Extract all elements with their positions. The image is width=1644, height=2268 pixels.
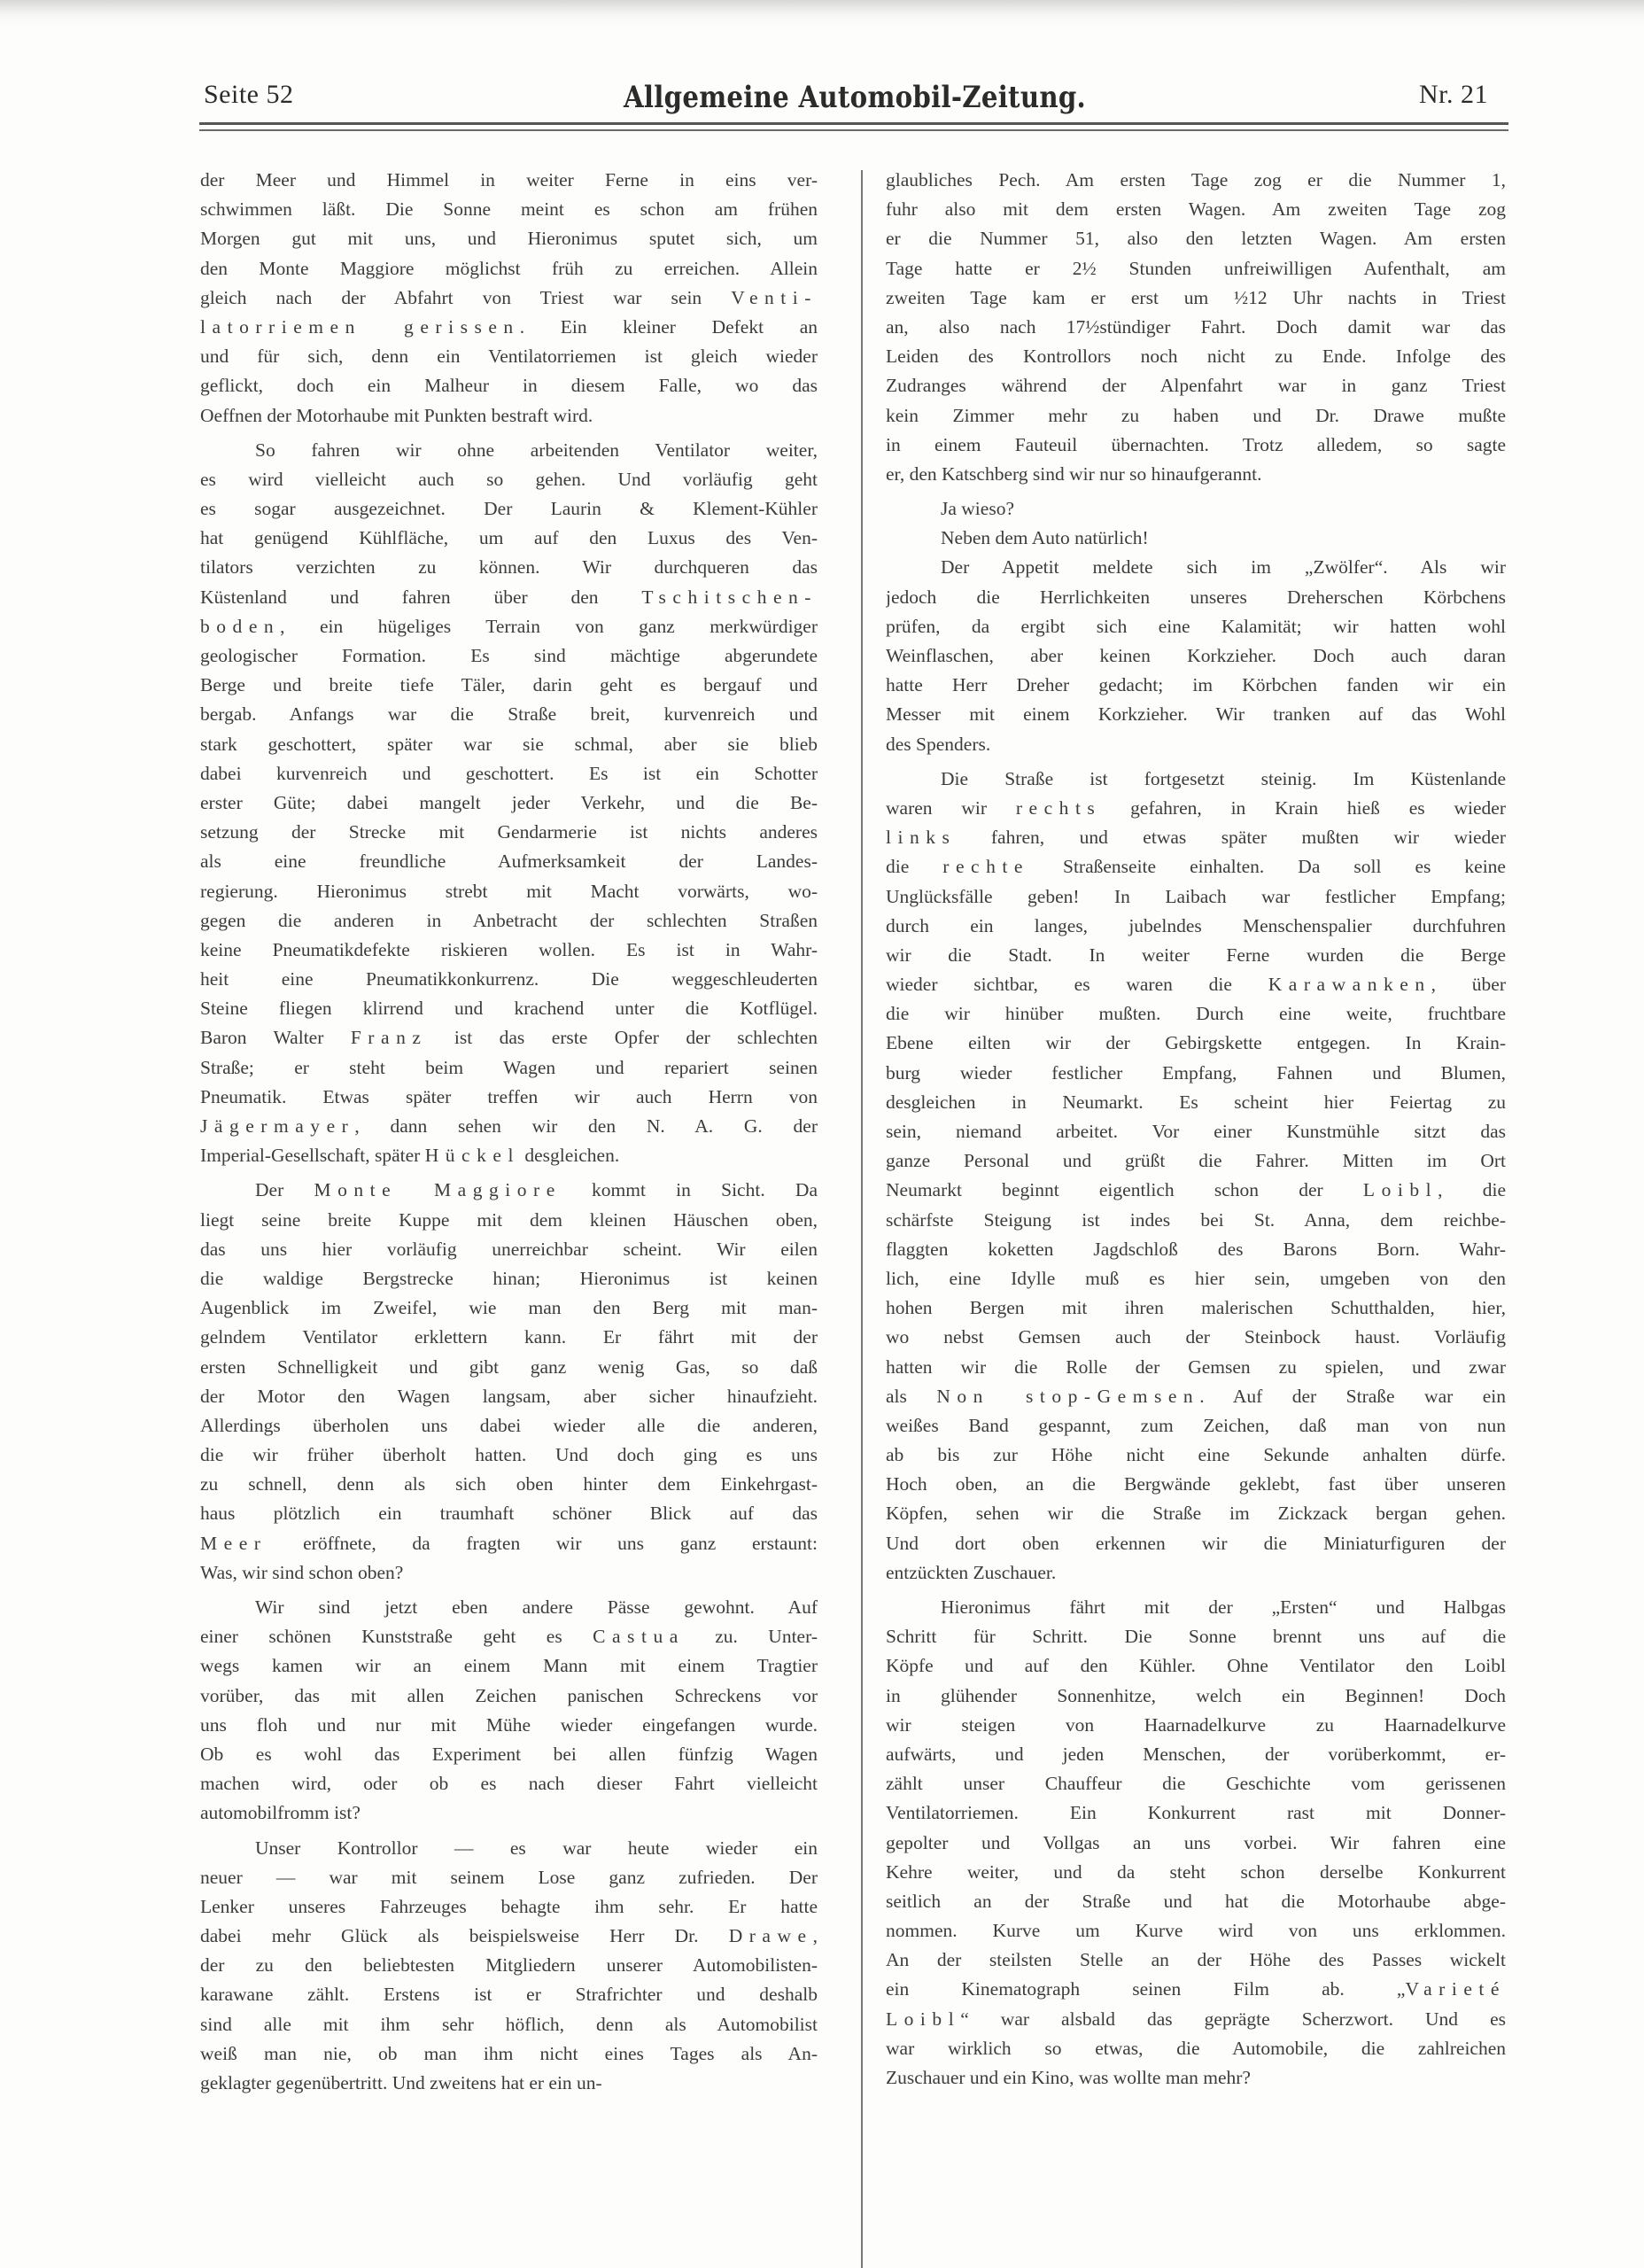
text-line: Ventilatorriemen. Ein Konkurrent rast mi… [886, 1798, 1506, 1828]
text-line: waren wir rechts gefahren, in Krain hieß… [886, 794, 1506, 823]
text-line: liegt seine breite Kuppe mit dem kleinen… [200, 1206, 818, 1235]
text-line: Neben dem Auto natürlich! [886, 524, 1506, 553]
text-line: machen wird, oder ob es nach dieser Fahr… [200, 1769, 818, 1798]
emphasized-text: Tschitschen- [641, 586, 818, 608]
text-line: ab bis zur Höhe nicht eine Sekunde anhal… [886, 1441, 1506, 1470]
text-line: dabei mehr Glück als beispielsweise Herr… [200, 1922, 818, 1951]
text-line: Köpfen, sehen wir die Straße im Zickzack… [886, 1499, 1506, 1528]
text-line: vorüber, das mit allen Zeichen panischen… [200, 1682, 818, 1711]
text-line: Köpfe und auf den Kühler. Ohne Ventilato… [886, 1651, 1506, 1681]
text-line: haus plötzlich ein traumhaft schöner Bli… [200, 1499, 818, 1528]
text-line: es wird vielleicht auch so gehen. Und vo… [200, 465, 818, 494]
text-line: war wirklich so etwas, die Automobile, d… [886, 2034, 1506, 2063]
text-line: geklagter gegenübertritt. Und zweitens h… [200, 2069, 818, 2098]
text-line: Unser Kontrollor — es war heute wieder e… [200, 1834, 818, 1863]
text-line: boden, ein hügeliges Terrain von ganz me… [200, 612, 818, 641]
paragraph: Der Monte Maggiore kommt in Sicht. Dalie… [200, 1176, 818, 1588]
text-line: So fahren wir ohne arbeitenden Ventilato… [200, 436, 818, 465]
text-line: desgleichen in Neumarkt. Es scheint hier… [886, 1088, 1506, 1117]
publication-title: Allgemeine Automobil-Zeitung. [295, 80, 1415, 115]
text-line: Ob es wohl das Experiment bei allen fünf… [200, 1740, 818, 1769]
text-line: Loibl“ war alsbald das geprägte Scherzwo… [886, 2005, 1506, 2034]
text-line: er die Nummer 51, also den letzten Wagen… [886, 224, 1506, 253]
text-line: an, also nach 17½stündiger Fahrt. Doch d… [886, 313, 1506, 342]
text-line: Leiden des Kontrollors noch nicht zu End… [886, 342, 1506, 371]
text-line: links fahren, und etwas später mußten wi… [886, 823, 1506, 852]
text-line: An der steilsten Stelle an der Höhe des … [886, 1946, 1506, 1975]
paragraph: Ja wieso? [886, 494, 1506, 524]
text-line: wir steigen von Haarnadelkurve zu Haarna… [886, 1711, 1506, 1740]
text-line: Lenker unseres Fahrzeuges behagte ihm se… [200, 1892, 818, 1922]
text-line: flaggten koketten Jagdschloß des Barons … [886, 1235, 1506, 1264]
emphasized-text: rechts [1016, 797, 1102, 819]
text-line: ersten Schnelligkeit und gibt ganz wenig… [200, 1353, 818, 1382]
text-line: Steine fliegen klirrend und krachend unt… [200, 994, 818, 1023]
text-line: ganze Personal und grüßt die Fahrer. Mit… [886, 1146, 1506, 1176]
emphasized-text: rechte [942, 856, 1029, 877]
paragraph: glaubliches Pech. Am ersten Tage zog er … [886, 166, 1506, 489]
text-line: Baron Walter Franz ist das erste Opfer d… [200, 1023, 818, 1052]
emphasized-text: Hückel [425, 1145, 520, 1166]
paragraph: Unser Kontrollor — es war heute wieder e… [200, 1834, 818, 2099]
text-line: wegs kamen wir an einem Mann mit einem T… [200, 1651, 818, 1681]
text-line: aufwärts, und jeden Menschen, der vorübe… [886, 1740, 1506, 1769]
text-line: der Meer und Himmel in weiter Ferne in e… [200, 166, 818, 195]
text-line: Kehre weiter, und da steht schon derselb… [886, 1858, 1506, 1887]
text-line: des Spenders. [886, 730, 1506, 759]
paragraph: der Meer und Himmel in weiter Ferne in e… [200, 166, 818, 431]
text-line: schwimmen läßt. Die Sonne meint es schon… [200, 195, 818, 224]
text-line: fuhr also mit dem ersten Wagen. Am zweit… [886, 195, 1506, 224]
page-header: Seite 52 Allgemeine Automobil-Zeitung. N… [204, 80, 1506, 124]
text-line: schärfste Steigung ist indes bei St. Ann… [886, 1206, 1506, 1235]
text-line: Was, wir sind schon oben? [200, 1558, 818, 1588]
emphasized-text: Jägermayer [200, 1115, 354, 1137]
text-line: einer schönen Kunststraße geht es Castua… [200, 1622, 818, 1651]
issue-number: Nr. 21 [1419, 80, 1488, 110]
text-line: lich, eine Idylle muß es hier sein, umge… [886, 1264, 1506, 1293]
text-line: durch ein langes, jubelndes Menschenspal… [886, 912, 1506, 941]
text-line: der zu den beliebtesten Mitgliedern unse… [200, 1951, 818, 1980]
text-line: Und dort oben erkennen wir die Miniaturf… [886, 1529, 1506, 1558]
text-line: heit eine Pneumatikkonkurrenz. Die wegge… [200, 965, 818, 994]
emphasized-text: Loibl [886, 2008, 960, 2030]
emphasized-text: latorriemen gerissen [200, 316, 520, 338]
text-line: zweiten Tage kam er erst um ½12 Uhr nach… [886, 283, 1506, 313]
text-line: die wir hinüber mußten. Durch eine weite… [886, 999, 1506, 1029]
text-line: burg wieder festlicher Empfang, Fahnen u… [886, 1059, 1506, 1088]
text-line: Augenblick im Zweifel, wie man den Berg … [200, 1293, 818, 1323]
text-line: entzückten Zuschauer. [886, 1558, 1506, 1588]
text-line: gelndem Ventilator erklettern kann. Er f… [200, 1323, 818, 1352]
text-line: Morgen gut mit uns, und Hieronimus spute… [200, 224, 818, 253]
text-line: hatte Herr Dreher gedacht; im Körbchen f… [886, 671, 1506, 700]
text-line: Berge und breite tiefe Täler, darin geht… [200, 671, 818, 700]
text-line: seitlich an der Straße und hat die Motor… [886, 1887, 1506, 1916]
text-line: Wir sind jetzt eben andere Pässe gewohnt… [200, 1593, 818, 1622]
text-line: Der Appetit meldete sich im „Zwölfer“. A… [886, 553, 1506, 582]
text-line: sein, niemand arbeitet. Vor einer Kunstm… [886, 1117, 1506, 1146]
text-line: geologischer Formation. Es sind mächtige… [200, 641, 818, 671]
emphasized-text: Loibl [1363, 1179, 1438, 1200]
column-divider [861, 170, 863, 2268]
text-line: nommen. Kurve um Kurve wird von uns erkl… [886, 1916, 1506, 1946]
text-line: erster Güte; dabei mangelt jeder Verkehr… [200, 788, 818, 818]
paragraph: Hieronimus fährt mit der „Ersten“ und Ha… [886, 1593, 1506, 2093]
text-line: Hoch oben, an die Bergwände geklebt, fas… [886, 1470, 1506, 1499]
text-line: gleich nach der Abfahrt von Triest war s… [200, 283, 818, 313]
emphasized-text: links [886, 827, 956, 848]
text-line: keine Pneumatikdefekte riskieren wollen.… [200, 936, 818, 965]
text-line: gepolter und Vollgas an uns vorbei. Wir … [886, 1829, 1506, 1858]
text-line: Die Straße ist fortgesetzt steinig. Im K… [886, 765, 1506, 794]
text-line: Tage hatte er 2½ Stunden unfreiwilligen … [886, 254, 1506, 283]
header-rule-top [199, 122, 1508, 125]
text-line: als eine freundliche Aufmerksamkeit der … [200, 847, 818, 876]
text-line: wo nebst Gemsen auch der Steinbock haust… [886, 1323, 1506, 1352]
text-line: Neumarkt beginnt eigentlich schon der Lo… [886, 1176, 1506, 1205]
text-line: Zudranges während der Alpenfahrt war in … [886, 371, 1506, 400]
text-line: Jägermayer, dann sehen wir den N. A. G. … [200, 1112, 818, 1141]
text-line: tilators verzichten zu können. Wir durch… [200, 553, 818, 582]
text-line: den Monte Maggiore möglichst früh zu err… [200, 254, 818, 283]
paragraph: Die Straße ist fortgesetzt steinig. Im K… [886, 765, 1506, 1588]
paragraph: Der Appetit meldete sich im „Zwölfer“. A… [886, 553, 1506, 758]
text-line: ein Kinematograph seinen Film ab. „Varie… [886, 1975, 1506, 2004]
text-line: jedoch die Herrlichkeiten unseres Dreher… [886, 583, 1506, 612]
article-column-left: der Meer und Himmel in weiter Ferne in e… [200, 166, 818, 2098]
text-line: zu schnell, denn als sich oben hinter de… [200, 1470, 818, 1499]
paragraph: Neben dem Auto natürlich! [886, 524, 1506, 553]
text-line: hohen Bergen mit ihren malerischen Schut… [886, 1293, 1506, 1323]
text-line: regierung. Hieronimus strebt mit Macht v… [200, 877, 818, 906]
text-line: karawane zählt. Erstens ist er Strafrich… [200, 1980, 818, 2009]
text-line: Allerdings überholen uns dabei wieder al… [200, 1411, 818, 1441]
emphasized-text: Drawe [729, 1925, 813, 1946]
text-line: Straße; er steht beim Wagen und reparier… [200, 1053, 818, 1083]
text-line: glaubliches Pech. Am ersten Tage zog er … [886, 166, 1506, 195]
text-line: stark geschottert, später war sie schmal… [200, 730, 818, 759]
text-line: hatten wir die Rolle der Gemsen zu spiel… [886, 1353, 1506, 1382]
text-line: hat genügend Kühlfläche, um auf den Luxu… [200, 524, 818, 553]
text-line: Meer eröffnete, da fragten wir uns ganz … [200, 1529, 818, 1558]
text-line: es sogar ausgezeichnet. Der Laurin & Kle… [200, 494, 818, 524]
text-line: Weinflaschen, aber keinen Korkzieher. Do… [886, 641, 1506, 671]
text-line: bergab. Anfangs war die Straße breit, ku… [200, 700, 818, 729]
paragraph: Wir sind jetzt eben andere Pässe gewohnt… [200, 1593, 818, 1829]
text-line: kein Zimmer mehr zu haben und Dr. Drawe … [886, 401, 1506, 431]
text-line: die waldige Bergstrecke hinan; Hieronimu… [200, 1264, 818, 1293]
text-line: Messer mit einem Korkzieher. Wir tranken… [886, 700, 1506, 729]
text-line: Oeffnen der Motorhaube mit Punkten bestr… [200, 401, 818, 431]
text-line: Imperial-Gesellschaft, später Hückel des… [200, 1141, 818, 1170]
emphasized-text: Venti- [731, 287, 818, 308]
article-column-right: glaubliches Pech. Am ersten Tage zog er … [886, 166, 1506, 2093]
text-line: weiß man nie, ob man ihm nicht eines Tag… [200, 2039, 818, 2069]
text-line: die wir früher überholt hatten. Und doch… [200, 1441, 818, 1470]
text-line: Unglücksfälle geben! In Laibach war fest… [886, 882, 1506, 912]
text-line: Küstenland und fahren über den Tschitsch… [200, 583, 818, 612]
emphasized-text: boden [200, 616, 280, 637]
text-line: prüfen, da ergibt sich eine Kalamität; w… [886, 612, 1506, 641]
text-line: Der Monte Maggiore kommt in Sicht. Da [200, 1176, 818, 1205]
emphasized-text: Karawanken [1268, 974, 1431, 995]
text-line: in einem Fauteuil übernachten. Trotz all… [886, 431, 1506, 460]
text-line: Hieronimus fährt mit der „Ersten“ und Ha… [886, 1593, 1506, 1622]
text-line: wieder sichtbar, es waren die Karawanken… [886, 970, 1506, 999]
text-line: Ja wieso? [886, 494, 1506, 524]
text-line: Schritt für Schritt. Die Sonne brennt un… [886, 1622, 1506, 1651]
paragraph: So fahren wir ohne arbeitenden Ventilato… [200, 436, 818, 1171]
emphasized-text: Castua [593, 1626, 685, 1647]
text-line: uns floh und nur mit Mühe wieder eingefa… [200, 1711, 818, 1740]
emphasized-text: Franz [351, 1027, 428, 1048]
text-line: latorriemen gerissen. Ein kleiner Defekt… [200, 313, 818, 342]
text-line: zählt unser Chauffeur die Geschichte vom… [886, 1769, 1506, 1798]
text-line: automobilfromm ist? [200, 1798, 818, 1828]
emphasized-text: Monte Maggiore [314, 1179, 561, 1200]
header-rule-bottom [199, 129, 1508, 131]
text-line: in glühender Sonnenhitze, welch ein Begi… [886, 1682, 1506, 1711]
emphasized-text: Varieté [1405, 1978, 1506, 2000]
text-line: als Non stop-Gemsen. Auf der Straße war … [886, 1382, 1506, 1411]
text-line: sind alle mit ihm sehr höflich, denn als… [200, 2010, 818, 2039]
text-line: geflickt, doch ein Malheur in diesem Fal… [200, 371, 818, 400]
text-line: Ebene eilten wir der Gebirgskette entgeg… [886, 1029, 1506, 1058]
text-line: er, den Katschberg sind wir nur so hinau… [886, 460, 1506, 489]
text-line: gegen die anderen in Anbetracht der schl… [200, 906, 818, 936]
text-line: Pneumatik. Etwas später treffen wir auch… [200, 1083, 818, 1112]
text-line: wir die Stadt. In weiter Ferne wurden di… [886, 941, 1506, 970]
text-line: der Motor den Wagen langsam, aber sicher… [200, 1382, 818, 1411]
text-line: und für sich, denn ein Ventilatorriemen … [200, 342, 818, 371]
text-line: Zuschauer und ein Kino, was wollte man m… [886, 2063, 1506, 2093]
text-line: die rechte Straßenseite einhalten. Da so… [886, 852, 1506, 882]
text-line: neuer — war mit seinem Lose ganz zufried… [200, 1863, 818, 1892]
text-line: das uns hier vorläufig unerreichbar sche… [200, 1235, 818, 1264]
text-line: dabei kurvenreich und geschottert. Es is… [200, 759, 818, 788]
emphasized-text: Non stop-Gemsen [936, 1386, 1199, 1407]
page-number: Seite 52 [204, 80, 294, 110]
text-line: weißes Band gespannt, zum Zeichen, daß m… [886, 1411, 1506, 1441]
emphasized-text: Meer [200, 1533, 267, 1554]
text-line: setzung der Strecke mit Gendarmerie ist … [200, 818, 818, 847]
scan-edge [0, 0, 1644, 27]
